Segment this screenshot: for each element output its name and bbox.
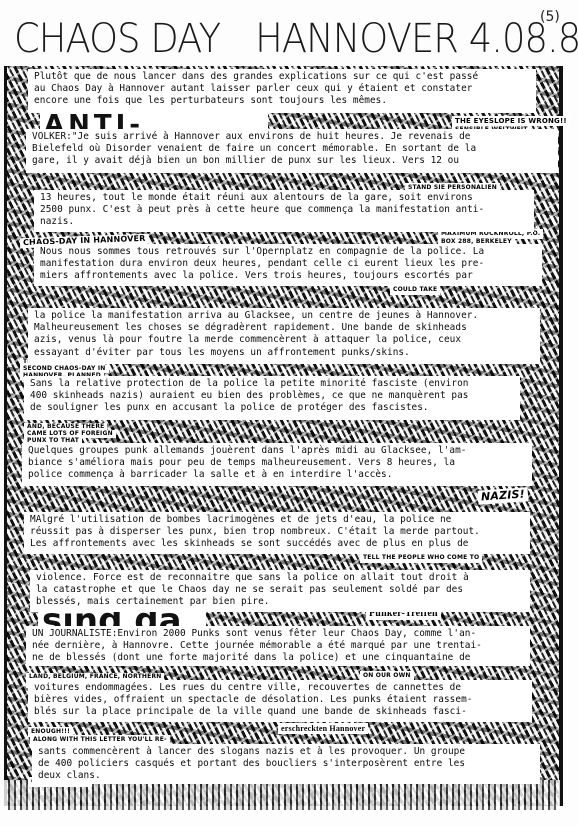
paragraph-volker-4: la police la manifestation arriva au Gla… [28,308,540,364]
fragment-tell-the-people: TELL THE PEOPLE WHO COME TO [360,553,482,563]
title-right: HANNOVER 4.08.83 [255,16,578,62]
page-title: CHAOS DAYHANNOVER 4.08.83 [14,16,578,62]
paragraph-volker-8: violence. Force est de reconnaitre que s… [30,570,530,612]
paragraph-volker-5: Sans la relative protection de la police… [24,376,520,420]
paragraph-volker-7: MAlgré l'utilisation de bombes lacrimogè… [24,512,530,554]
paragraph-volker-2: 13 heures, tout le monde était réuni aux… [34,190,534,232]
paragraph-journaliste-3: sants commencèrent à lancer des slogans … [32,744,540,784]
fragment-erschreckten: erschreckten Hannover [278,723,368,734]
paragraph-journaliste-1: UN JOURNALISTE:Environ 2000 Punks sont v… [26,626,530,666]
paragraph-volker-3: Nous nous sommes tous retrouvés sur l'Op… [34,244,542,286]
paragraph-intro: Plutôt que de nous lancer dans des grand… [28,69,536,113]
paragraph-volker-6: Quelques groupes punk allemands jouèrent… [22,443,532,486]
paragraph-volker-1: VOLKER:"Je suis arrivé à Hannover aux en… [26,129,558,173]
fragment-could-take: COULD TAKE [390,285,440,295]
paragraph-journaliste-2: voitures endommagées. Les rues du centre… [28,680,532,722]
title-left: CHAOS DAY [14,16,220,62]
